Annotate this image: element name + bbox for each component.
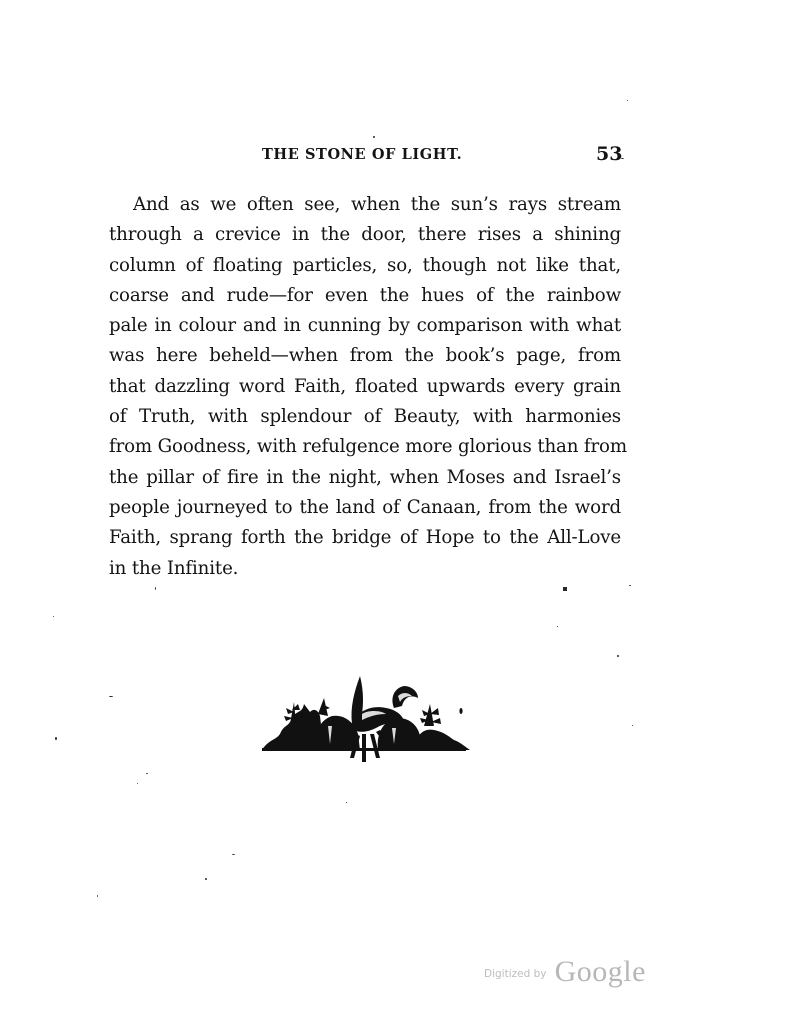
scan-speck xyxy=(373,136,375,138)
scan-speck xyxy=(97,895,98,897)
text-line: was here beheld—when from the book’s pag… xyxy=(109,341,621,371)
text-line: And as we often see, when the sun’s rays… xyxy=(109,190,621,220)
scan-speck xyxy=(629,585,631,586)
scan-speck xyxy=(137,783,138,784)
scan-speck xyxy=(109,696,113,697)
text-line: column of floating particles, so, though… xyxy=(109,251,621,281)
scan-speck xyxy=(205,878,207,880)
scan-speck xyxy=(617,655,619,657)
text-line: Faith, sprang forth the bridge of Hope t… xyxy=(109,523,621,553)
scan-speck xyxy=(557,626,558,627)
scan-speck xyxy=(155,587,156,590)
text-line: the pillar of fire in the night, when Mo… xyxy=(109,463,621,493)
google-logo-text: Google xyxy=(555,955,646,988)
scan-speck xyxy=(53,616,54,617)
text-line: that dazzling word Faith, floated upward… xyxy=(109,372,621,402)
running-head: THE STONE OF LIGHT. 53 xyxy=(0,146,791,168)
text-line: through a crevice in the door, there ris… xyxy=(109,220,621,250)
scan-speck xyxy=(563,587,567,591)
scan-speck xyxy=(621,158,624,159)
scan-speck xyxy=(346,802,347,803)
watermark-prefix: Digitized by xyxy=(484,968,546,980)
scan-speck xyxy=(55,737,57,740)
scan-speck xyxy=(632,725,633,726)
text-line: in the Infinite. xyxy=(109,554,621,584)
text-line: from Goodness, with refulgence more glor… xyxy=(109,432,621,462)
scan-speck xyxy=(232,854,235,855)
digitized-by-google-watermark: Digitized by Google xyxy=(484,955,646,989)
scan-speck xyxy=(146,773,148,774)
scan-speck xyxy=(627,100,628,101)
body-paragraph: And as we often see, when the sun’s rays… xyxy=(109,190,621,584)
page-number: 53 xyxy=(596,143,622,165)
text-line: people journeyed to the land of Canaan, … xyxy=(109,493,621,523)
bird-foliage-tailpiece-icon xyxy=(258,674,474,766)
text-line: coarse and rude—for even the hues of the… xyxy=(109,281,621,311)
text-line: of Truth, with splendour of Beauty, with… xyxy=(109,402,621,432)
text-line: pale in colour and in cunning by compari… xyxy=(109,311,621,341)
running-title: THE STONE OF LIGHT. xyxy=(262,146,462,163)
